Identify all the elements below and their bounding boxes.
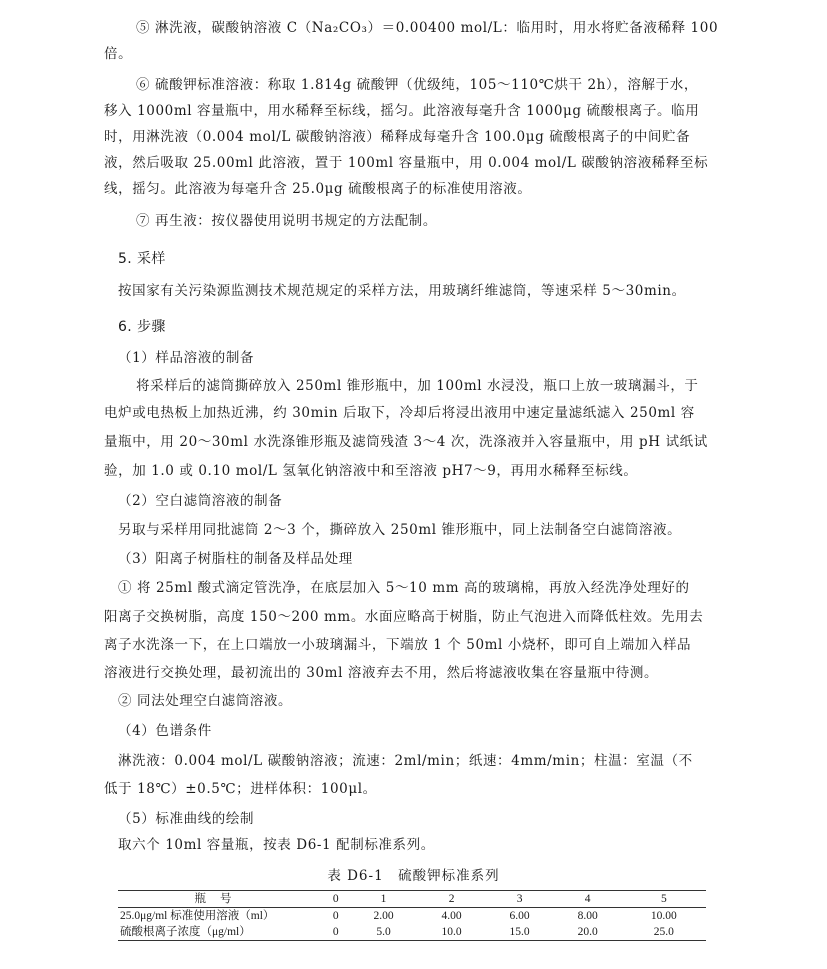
table-row: 25.0μg/ml 标准使用溶液（ml） 0 2.00 4.00 6.00 8.… (118, 908, 706, 925)
table-cell: 20.0 (554, 924, 622, 941)
table-row-label: 25.0μg/ml 标准使用溶液（ml） (118, 908, 322, 925)
paragraph-standard-solution-cont: 线，摇匀。此溶液为每毫升含 25.0μg 硫酸根离子的标准使用溶液。 (104, 180, 726, 198)
paragraph-calibration-curve: 取六个 10ml 容量瓶，按表 D6-1 配制标准系列。 (118, 836, 740, 854)
table-header-cell: 3 (486, 891, 554, 908)
paragraph-sampling: 按国家有关污染源监测技术规范规定的采样方法，用玻璃纤维滤筒，等速采样 5～30m… (118, 282, 740, 300)
paragraph-resin-column-cont: 阳离子交换树脂，高度 150～200 mm。水面应略高于树脂，防止气泡进入而降低… (104, 608, 726, 626)
paragraph-sample-preparation-cont: 电炉或电热板上加热近沸，约 30min 后取下，冷却后将浸出液用中速定量滤纸滤入… (104, 404, 726, 422)
table-cell: 5.0 (350, 924, 418, 941)
standard-series-table: 瓶号 0 1 2 3 4 5 25.0μg/ml 标准使用溶液（ml） 0 2.… (118, 890, 706, 941)
paragraph-chromatography-conditions-cont: 低于 18℃）±0.5℃；进样体积：100μl。 (104, 780, 726, 798)
table-row: 硫酸根离子浓度（μg/ml） 0 5.0 10.0 15.0 20.0 25.0 (118, 924, 706, 941)
paragraph-resin-column-cont: 离子水洗涤一下，在上口端放一小玻璃漏斗，下端放 1 个 50ml 小烧杯，即可自… (104, 636, 726, 654)
subheading-blank-preparation: （2）空白滤筒溶液的制备 (118, 492, 740, 510)
paragraph-standard-solution: ⑥ 硫酸钾标准溶液：称取 1.814g 硫酸钾（优级纯，105～110℃烘干 2… (136, 76, 758, 94)
paragraph-standard-solution-cont: 液，然后吸取 25.00ml 此溶液，置于 100ml 容量瓶中，用 0.004… (104, 154, 726, 172)
table-header-cell: 2 (418, 891, 486, 908)
subheading-calibration-curve: （5）标准曲线的绘制 (118, 810, 740, 828)
table-header-label: 瓶号 (118, 891, 322, 908)
section-heading-procedure: 6. 步骤 (118, 318, 740, 336)
paragraph-eluent-cont: 倍。 (104, 45, 726, 63)
paragraph-standard-solution-cont: 时，用淋洗液（0.004 mol/L 碳酸钠溶液）稀释成每毫升含 100.0μg… (104, 128, 726, 146)
document-page: ⑤ 淋洗液，碳酸钠溶液 C（Na₂CO₃）＝0.00400 mol/L：临用时，… (0, 0, 827, 969)
paragraph-chromatography-conditions: 淋洗液：0.004 mol/L 碳酸钠溶液；流速：2ml/min；纸速：4mm/… (118, 752, 740, 770)
table-row-label: 硫酸根离子浓度（μg/ml） (118, 924, 322, 941)
subheading-chromatography-conditions: （4）色谱条件 (118, 722, 740, 740)
table-cell: 10.00 (622, 908, 706, 925)
table-header-row: 瓶号 0 1 2 3 4 5 (118, 891, 706, 908)
paragraph-sample-preparation-cont: 验，加 1.0 或 0.10 mol/L 氢氧化钠溶液中和至溶液 pH7～9，再… (104, 462, 726, 480)
table-caption: 表 D6-1 硫酸钾标准系列 (0, 864, 827, 884)
table-cell: 4.00 (418, 908, 486, 925)
subheading-sample-preparation: （1）样品溶液的制备 (118, 349, 740, 367)
table-cell: 8.00 (554, 908, 622, 925)
table-cell: 0 (322, 924, 350, 941)
table-header-cell: 1 (350, 891, 418, 908)
paragraph-eluent: ⑤ 淋洗液，碳酸钠溶液 C（Na₂CO₃）＝0.00400 mol/L：临用时，… (136, 19, 758, 37)
paragraph-standard-solution-cont: 移入 1000ml 容量瓶中，用水稀释至标线，摇匀。此溶液每毫升含 1000μg… (104, 102, 726, 120)
table-cell: 0 (322, 908, 350, 925)
paragraph-resin-column: ① 将 25ml 酸式滴定管洗净，在底层加入 5～10 mm 高的玻璃棉，再放入… (118, 579, 740, 597)
paragraph-sample-preparation: 将采样后的滤筒撕碎放入 250ml 锥形瓶中，加 100ml 水浸没，瓶口上放一… (136, 377, 758, 395)
table-header-cell: 5 (622, 891, 706, 908)
table-cell: 2.00 (350, 908, 418, 925)
section-heading-sampling: 5. 采样 (118, 250, 740, 268)
table-cell: 25.0 (622, 924, 706, 941)
table-cell: 10.0 (418, 924, 486, 941)
paragraph-regenerant: ⑦ 再生液：按仪器使用说明书规定的方法配制。 (136, 212, 758, 230)
paragraph-resin-column-cont: 溶液进行交换处理，最初流出的 30ml 溶液弃去不用，然后将滤液收集在容量瓶中待… (104, 664, 726, 682)
table-cell: 15.0 (486, 924, 554, 941)
table-header-cell: 0 (322, 891, 350, 908)
table-cell: 6.00 (486, 908, 554, 925)
table-header-cell: 4 (554, 891, 622, 908)
paragraph-blank-treatment: ② 同法处理空白滤筒溶液。 (118, 692, 740, 710)
subheading-resin-column: （3）阳离子树脂柱的制备及样品处理 (118, 550, 740, 568)
paragraph-blank-preparation: 另取与采样用同批滤筒 2～3 个，撕碎放入 250ml 锥形瓶中，同上法制备空白… (118, 521, 740, 539)
paragraph-sample-preparation-cont: 量瓶中，用 20～30ml 水洗涤锥形瓶及滤筒残渣 3～4 次，洗涤液并入容量瓶… (104, 433, 726, 451)
